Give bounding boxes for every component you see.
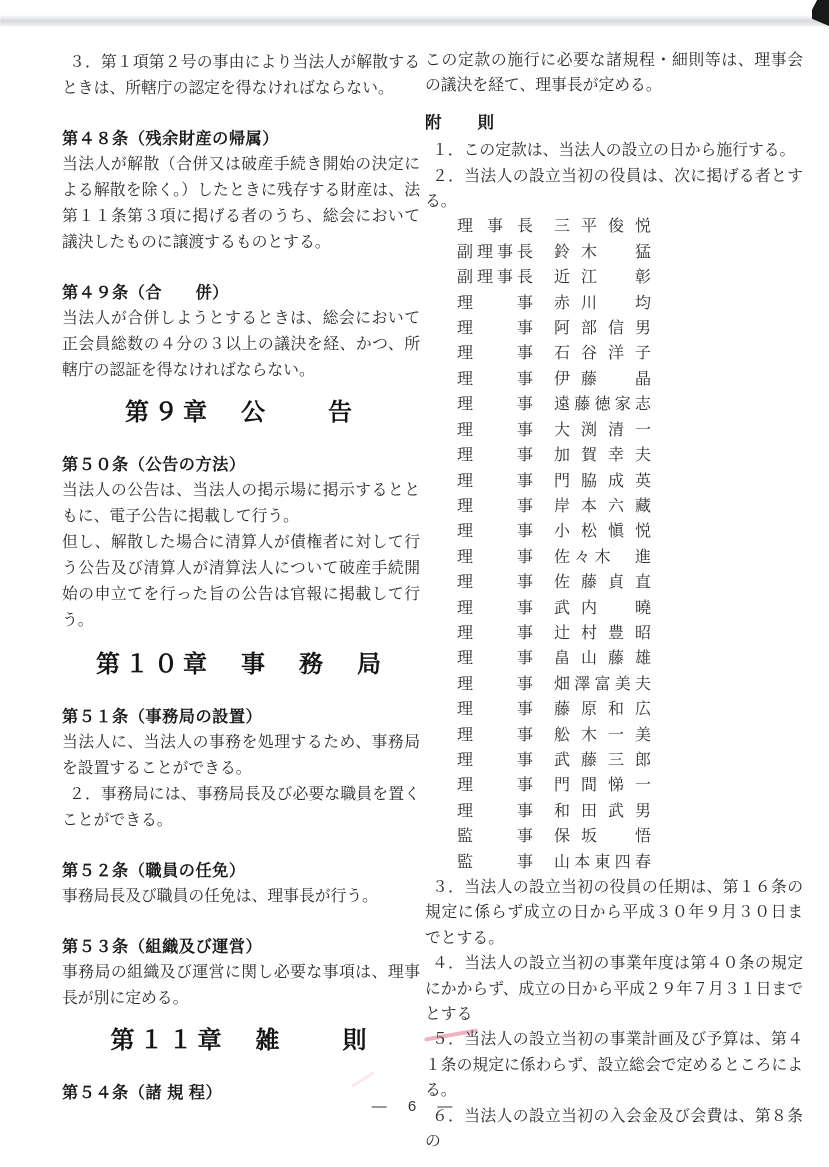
chapter-9-heading: 第９章 公 告 bbox=[62, 394, 420, 432]
officer-role: 理事 bbox=[457, 341, 533, 366]
officer-role: 理事 bbox=[457, 443, 533, 468]
officer-name: 近江 彰 bbox=[554, 265, 651, 290]
article-52-heading: 第５２条（職員の任免） bbox=[62, 858, 420, 884]
officer-name: 伊藤 晶 bbox=[554, 367, 651, 392]
officer-row: 理事阿部信男 bbox=[457, 316, 803, 341]
officer-role: 副理事長 bbox=[457, 240, 533, 265]
officer-row: 理事石谷洋子 bbox=[457, 341, 803, 366]
officer-row: 理事武内 曉 bbox=[457, 596, 803, 621]
officer-list: 理事長三平俊悦 副理事長鈴木 猛 副理事長近江 彰 理事赤川 均 理事阿部信男 … bbox=[457, 214, 803, 875]
officer-row: 副理事長鈴木 猛 bbox=[457, 240, 803, 265]
officer-row: 理事赤川 均 bbox=[457, 291, 803, 316]
officer-role: 理事 bbox=[457, 773, 533, 798]
officer-row: 理事門間悌一 bbox=[457, 773, 803, 798]
officer-row: 副理事長近江 彰 bbox=[457, 265, 803, 290]
officer-row: 理事門脇成英 bbox=[457, 469, 803, 494]
officer-name: 赤川 均 bbox=[554, 291, 651, 316]
officer-name: 山本東四春 bbox=[554, 850, 651, 875]
officer-row: 理事加賀幸夫 bbox=[457, 443, 803, 468]
officer-role: 理事 bbox=[457, 646, 533, 671]
article-53-heading: 第５３条（組織及び運営） bbox=[62, 934, 420, 960]
officer-row: 理事畑澤富美夫 bbox=[457, 672, 803, 697]
officer-role: 副理事長 bbox=[457, 265, 533, 290]
officer-name: 佐々木 進 bbox=[554, 545, 651, 570]
article-48-body: 当法人が解散（合併又は破産手続き開始の決定による解散を除く。）したときに残存する… bbox=[62, 152, 420, 256]
article-51-heading: 第５１条（事務局の設置） bbox=[62, 704, 420, 730]
article-53-body: 事務局の組織及び運営に関し必要な事項は、理事長が別に定める。 bbox=[62, 960, 420, 1012]
officer-row: 理事小松愼悦 bbox=[457, 519, 803, 544]
officer-role: 理事 bbox=[457, 799, 533, 824]
officer-role: 理事長 bbox=[457, 214, 533, 239]
supplementary-item-2: ２．当法人の設立当初の役員は、次に掲げる者とする。 bbox=[425, 164, 803, 215]
officer-role: 理事 bbox=[457, 494, 533, 519]
article-51-body-1: 当法人に、当法人の事務を処理するため、事務局を設置することができる。 bbox=[62, 730, 420, 782]
officer-role: 理事 bbox=[457, 316, 533, 341]
clause-paragraph: ３．第１項第２号の事由により当法人が解散するときは、所轄庁の認定を得なければなら… bbox=[62, 50, 420, 102]
chapter-11-heading: 第１１章 雑 則 bbox=[62, 1022, 420, 1060]
officer-name: 三平俊悦 bbox=[554, 214, 651, 239]
officer-name: 石谷洋子 bbox=[554, 341, 651, 366]
article-52-body: 事務局長及び職員の任免は、理事長が行う。 bbox=[62, 884, 420, 910]
supplementary-item-4: ４．当法人の設立当初の事業年度は第４０条の規定にかからず、成立の日から平成２９年… bbox=[425, 951, 803, 1027]
officer-row: 監事山本東四春 bbox=[457, 850, 803, 875]
supplementary-item-5: ５．当法人の設立当初の事業計画及び予算は、第４１条の規定に係わらず、設立総会で定… bbox=[425, 1027, 803, 1103]
officer-role: 理事 bbox=[457, 672, 533, 697]
officer-name: 舩木一美 bbox=[554, 723, 651, 748]
officer-row: 理事佐藤貞直 bbox=[457, 570, 803, 595]
officer-name: 藤原和広 bbox=[554, 697, 651, 722]
officer-role: 監事 bbox=[457, 824, 533, 849]
chapter-10-heading: 第１０章 事 務 局 bbox=[62, 646, 420, 684]
supplementary-item-1: １．この定款は、当法人の設立の日から施行する。 bbox=[425, 138, 803, 163]
officer-role: 理事 bbox=[457, 418, 533, 443]
officer-role: 理事 bbox=[457, 748, 533, 773]
article-48-heading: 第４８条（残余財産の帰属） bbox=[62, 126, 420, 152]
officer-name: 佐藤貞直 bbox=[554, 570, 651, 595]
officer-name: 畑澤富美夫 bbox=[554, 672, 651, 697]
officer-role: 理事 bbox=[457, 469, 533, 494]
officer-name: 岸本六藏 bbox=[554, 494, 651, 519]
officer-row: 理事藤原和広 bbox=[457, 697, 803, 722]
officer-row: 理事和田武男 bbox=[457, 799, 803, 824]
officer-name: 遠藤徳家志 bbox=[554, 392, 651, 417]
officer-role: 理事 bbox=[457, 570, 533, 595]
officer-name: 鈴木 猛 bbox=[554, 240, 651, 265]
officer-row: 理事舩木一美 bbox=[457, 723, 803, 748]
officer-row: 理事武藤三郎 bbox=[457, 748, 803, 773]
officer-role: 理事 bbox=[457, 596, 533, 621]
officer-name: 加賀幸夫 bbox=[554, 443, 651, 468]
left-column: ３．第１項第２号の事由により当法人が解散するときは、所轄庁の認定を得なければなら… bbox=[62, 50, 420, 1106]
officer-row: 理事長三平俊悦 bbox=[457, 214, 803, 239]
article-50-heading: 第５０条（公告の方法） bbox=[62, 452, 420, 478]
officer-role: 理事 bbox=[457, 545, 533, 570]
officer-name: 門脇成英 bbox=[554, 469, 651, 494]
officer-name: 保坂 悟 bbox=[554, 824, 651, 849]
officer-name: 武藤三郎 bbox=[554, 748, 651, 773]
officer-row: 理事伊藤 晶 bbox=[457, 367, 803, 392]
article-54-body: この定款の施行に必要な諸規程・細則等は、理事会の議決を経て、理事長が定める。 bbox=[425, 48, 803, 99]
article-49-body: 当法人が合併しようとするときは、総会において正会員総数の４分の３以上の議決を経、… bbox=[62, 306, 420, 384]
officer-role: 理事 bbox=[457, 392, 533, 417]
officer-name: 阿部信男 bbox=[554, 316, 651, 341]
officer-role: 理事 bbox=[457, 723, 533, 748]
officer-row: 理事畠山藤雄 bbox=[457, 646, 803, 671]
officer-row: 理事佐々木 進 bbox=[457, 545, 803, 570]
officer-name: 和田武男 bbox=[554, 799, 651, 824]
officer-name: 武内 曉 bbox=[554, 596, 651, 621]
page-number: — 6 — bbox=[0, 1098, 829, 1115]
officer-name: 大渕清一 bbox=[554, 418, 651, 443]
article-51-body-2: ２．事務局には、事務局長及び必要な職員を置くことができる。 bbox=[62, 782, 420, 834]
supplementary-provisions-heading: 附 則 bbox=[425, 111, 803, 136]
right-column: この定款の施行に必要な諸規程・細則等は、理事会の議決を経て、理事長が定める。 附… bbox=[425, 48, 803, 1154]
officer-row: 理事大渕清一 bbox=[457, 418, 803, 443]
officer-row: 監事保坂 悟 bbox=[457, 824, 803, 849]
officer-name: 畠山藤雄 bbox=[554, 646, 651, 671]
supplementary-item-3: ３．当法人の設立当初の役員の任期は、第１６条の規定に係らず成立の日から平成３０年… bbox=[425, 875, 803, 951]
scanned-document-page: ３．第１項第２号の事由により当法人が解散するときは、所轄庁の認定を得なければなら… bbox=[0, 0, 829, 1167]
officer-role: 理事 bbox=[457, 697, 533, 722]
officer-role: 理事 bbox=[457, 519, 533, 544]
officer-name: 門間悌一 bbox=[554, 773, 651, 798]
scan-shadow-band bbox=[0, 15, 829, 27]
officer-row: 理事岸本六藏 bbox=[457, 494, 803, 519]
article-50-body-2: 但し、解散した場合に清算人が債権者に対して行う公告及び清算人が清算法人について破… bbox=[62, 530, 420, 634]
officer-row: 理事辻村豊昭 bbox=[457, 621, 803, 646]
article-50-body-1: 当法人の公告は、当法人の掲示場に掲示するとともに、電子公告に掲載して行う。 bbox=[62, 478, 420, 530]
article-49-heading: 第４９条（合 併） bbox=[62, 280, 420, 306]
officer-role: 監事 bbox=[457, 850, 533, 875]
officer-role: 理事 bbox=[457, 291, 533, 316]
officer-name: 小松愼悦 bbox=[554, 519, 651, 544]
officer-role: 理事 bbox=[457, 367, 533, 392]
officer-row: 理事遠藤徳家志 bbox=[457, 392, 803, 417]
officer-role: 理事 bbox=[457, 621, 533, 646]
officer-name: 辻村豊昭 bbox=[554, 621, 651, 646]
